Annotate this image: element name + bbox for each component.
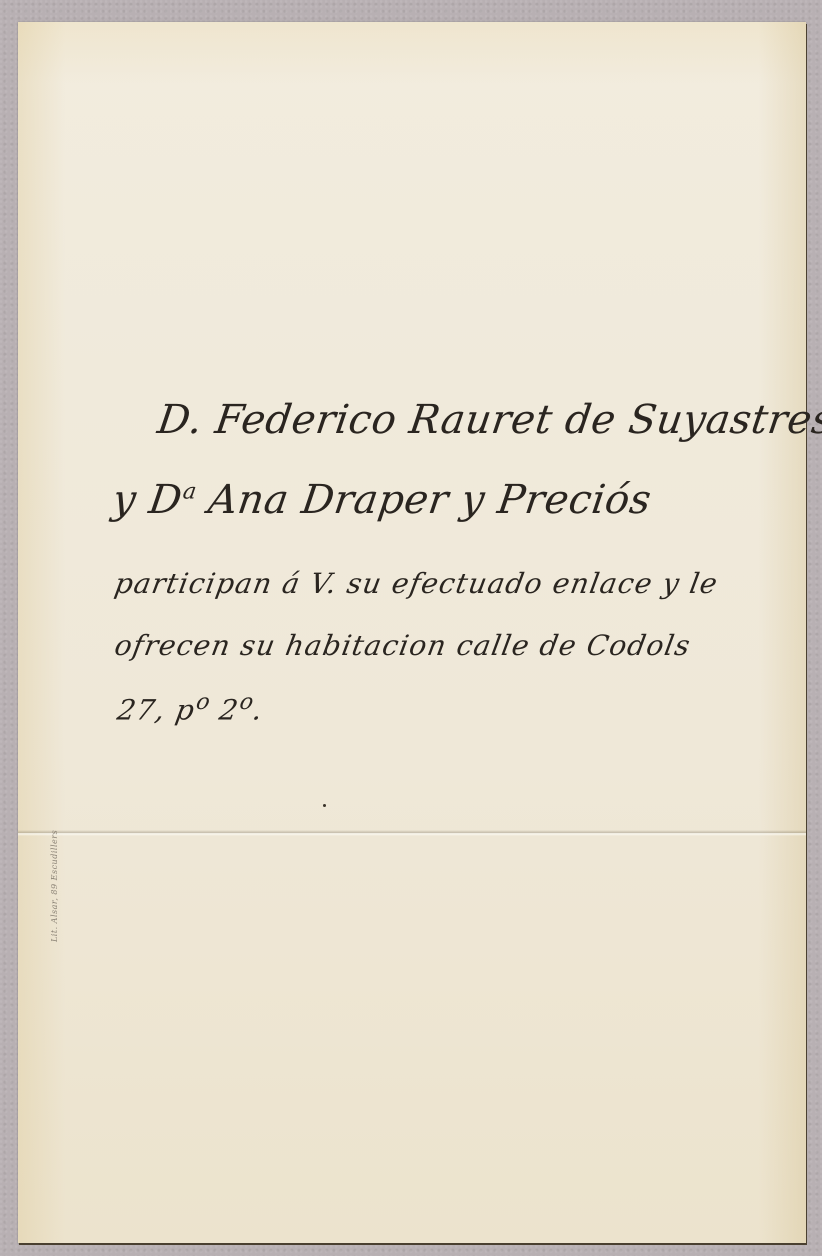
line-bride-name: y Da Ana Draper y Preciós: [110, 477, 654, 523]
horizontal-fold-crease: [18, 830, 806, 836]
ink-speck: [323, 804, 326, 807]
line-address: ofrecen su habitacion calle de Codols: [112, 629, 693, 662]
line-groom-name: D. Federico Rauret de Suyastres: [155, 397, 822, 443]
floor-level: 2: [207, 693, 242, 726]
paper-sheet: D. Federico Rauret de Suyastres y Da Ana…: [18, 22, 806, 1243]
floor-number: 27, p: [115, 693, 198, 726]
line-floor: 27, po 2o.: [115, 690, 267, 726]
printer-imprint: Lit. Alsar, 89 Escudillers: [50, 830, 59, 942]
bride-prefix: y D: [110, 477, 185, 523]
bride-rest: Ana Draper y Preciós: [192, 477, 654, 523]
line-announcement: participan á V. su efectuado enlace y le: [112, 567, 721, 600]
